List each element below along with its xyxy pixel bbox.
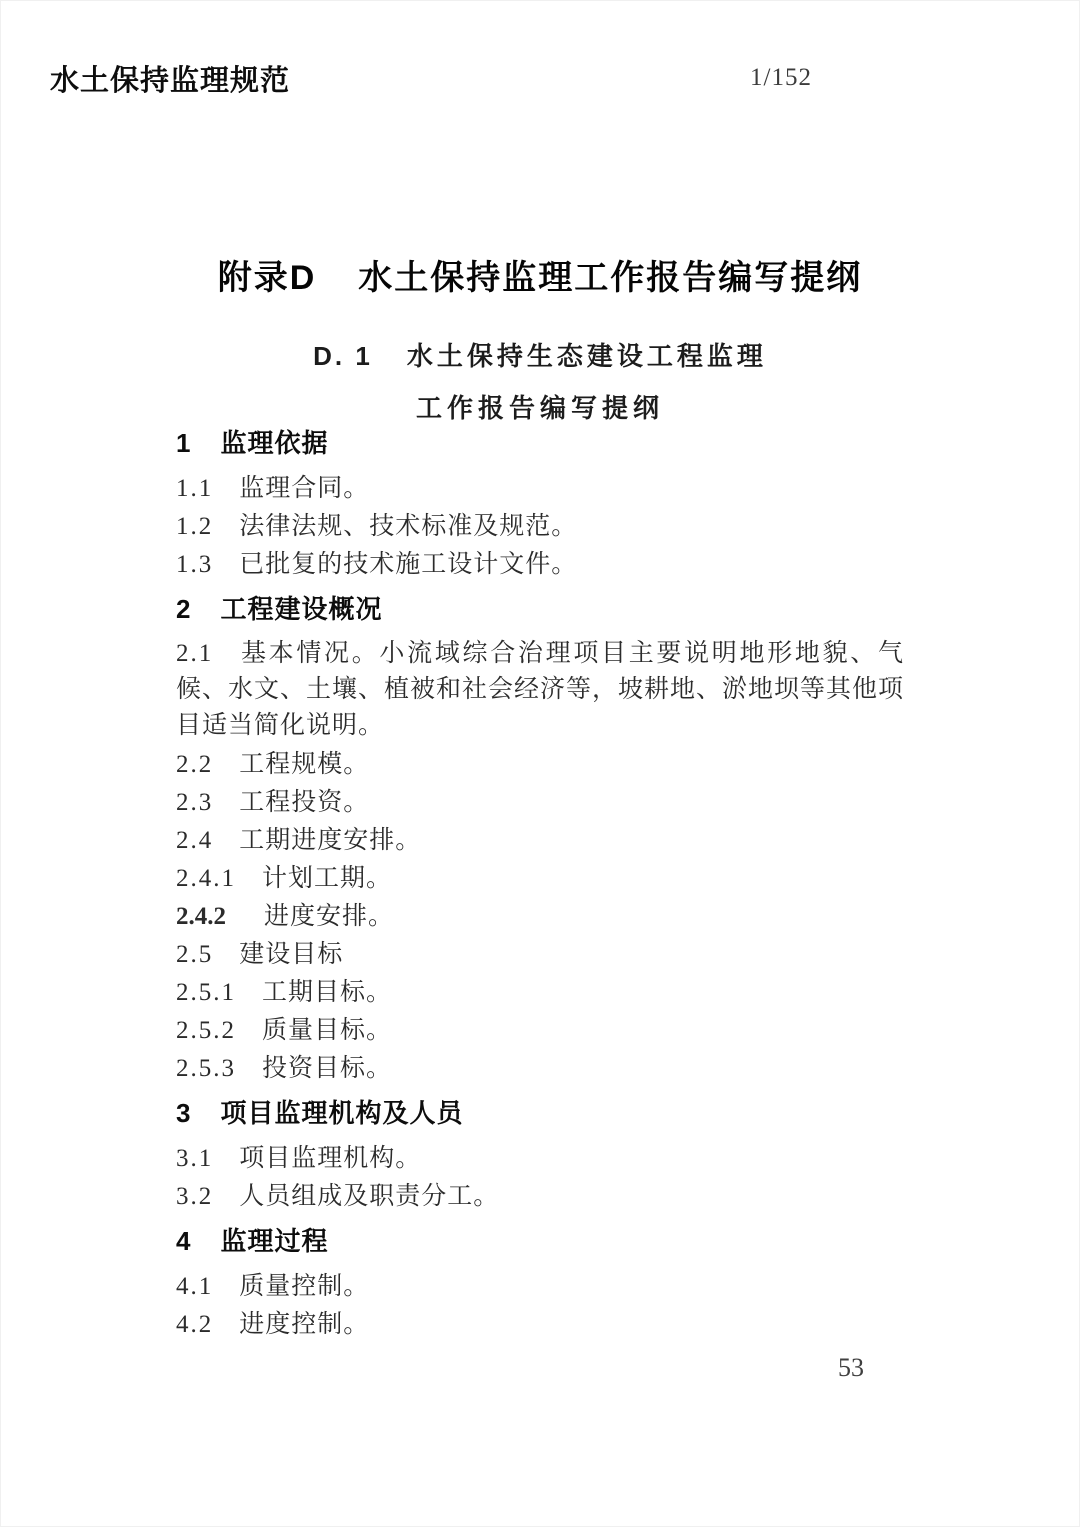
header-doc-title: 水土保持监理规范 [50, 58, 290, 99]
outline-item-number: 2.3 [176, 789, 213, 816]
outline-item-text: 投资目标。 [262, 1055, 392, 1082]
outline-item-text: 项目监理机构及人员 [220, 1098, 463, 1128]
outline-item-number: 3.2 [176, 1183, 213, 1210]
outline-item-text: 已批复的技术施工设计文件。 [239, 551, 577, 578]
outline-row: 3.1项目监理机构。 [176, 1140, 904, 1178]
outline-row: 2.4.2进度安排。 [176, 898, 904, 936]
outline-item-number: 4 [176, 1226, 190, 1256]
outline-item-text: 工期目标。 [262, 979, 392, 1006]
footer-page-number: 53 [838, 1353, 864, 1383]
outline-item-text: 计划工期。 [262, 865, 392, 892]
appendix-title: 附录D 水土保持监理工作报告编写提纲 [0, 250, 1080, 299]
outline-row: 4监理过程 [176, 1222, 904, 1260]
outline-item-text: 项目监理机构。 [239, 1145, 421, 1172]
outline-item-text: 基本情况。小流域综合治理项目主要说明地形地貌、气候、水文、土壤、植被和社会经济等… [176, 640, 904, 739]
outline-item-number: 2.1 [176, 640, 213, 667]
outline-row: 2.5建设目标 [176, 936, 904, 974]
outline-item-text: 监理依据 [220, 428, 328, 458]
outline-item-number: 2.2 [176, 751, 213, 778]
header-page-indicator: 1/152 [750, 64, 812, 92]
outline-row: 2.4工期进度安排。 [176, 822, 904, 860]
appendix-title-prefix: 附录D [218, 250, 317, 299]
outline-item-number: 2.5.2 [176, 1017, 236, 1044]
outline-row: 4.1质量控制。 [176, 1268, 904, 1306]
outline-row: 2.3工程投资。 [176, 784, 904, 822]
outline-row: 2.5.1工期目标。 [176, 974, 904, 1012]
outline-item-text: 监理过程 [220, 1226, 328, 1256]
outline-item-number: 1.3 [176, 551, 213, 578]
outline-item-number: 4.1 [176, 1273, 213, 1300]
outline-item-text: 法律法规、技术标准及规范。 [239, 513, 577, 540]
outline-row: 2工程建设概况 [176, 590, 904, 628]
outline-row: 2.5.2质量目标。 [176, 1012, 904, 1050]
outline-item-number: 2.5 [176, 941, 213, 968]
outline-row: 3项目监理机构及人员 [176, 1094, 904, 1132]
outline-row: 1监理依据 [176, 424, 904, 462]
document-page: 水土保持监理规范 1/152 附录D 水土保持监理工作报告编写提纲 D. 1 水… [0, 0, 1080, 1527]
outline-item-number: 4.2 [176, 1311, 213, 1338]
outline-item-number: 2.5.1 [176, 979, 236, 1006]
appendix-subtitle-line1: D. 1 水土保持生态建设工程监理 [0, 336, 1080, 373]
outline-item-number: 2 [176, 594, 190, 624]
outline-item-number: 2.4.1 [176, 865, 236, 892]
outline-row: 4.2进度控制。 [176, 1306, 904, 1344]
appendix-title-text: 水土保持监理工作报告编写提纲 [358, 250, 862, 299]
appendix-subtitle-text: 水土保持生态建设工程监理 [407, 336, 767, 373]
outline-item-number: 1 [176, 428, 190, 458]
outline-item-number: 3 [176, 1098, 190, 1128]
outline-item-number: 2.4 [176, 827, 213, 854]
outline-row: 2.5.3投资目标。 [176, 1050, 904, 1088]
outline-row: 1.3已批复的技术施工设计文件。 [176, 546, 904, 584]
outline-item-text: 工期进度安排。 [239, 827, 421, 854]
outline-item-number: 1.1 [176, 475, 213, 502]
outline-row: 1.2法律法规、技术标准及规范。 [176, 508, 904, 546]
outline-item-text: 质量控制。 [239, 1273, 369, 1300]
outline-item-text: 进度安排。 [264, 903, 394, 930]
outline-item-text: 人员组成及职责分工。 [239, 1183, 499, 1210]
outline-item-number: 1.2 [176, 513, 213, 540]
outline-item-text: 建设目标 [239, 941, 343, 968]
outline-item-text: 工程投资。 [239, 789, 369, 816]
outline-row: 2.2工程规模。 [176, 746, 904, 784]
outline-row: 3.2人员组成及职责分工。 [176, 1178, 904, 1216]
appendix-subtitle-number: D. 1 [313, 341, 373, 372]
outline-row: 1.1监理合同。 [176, 470, 904, 508]
outline-item-number: 2.5.3 [176, 1055, 236, 1082]
outline-item-number: 2.4.2 [176, 903, 226, 930]
outline-item-text: 进度控制。 [239, 1311, 369, 1338]
outline-row: 2.1基本情况。小流域综合治理项目主要说明地形地貌、气候、水文、土壤、植被和社会… [176, 636, 904, 744]
outline-list: 1监理依据 1.1监理合同。 1.2法律法规、技术标准及规范。 1.3已批复的技… [176, 418, 904, 1344]
outline-row: 2.4.1计划工期。 [176, 860, 904, 898]
outline-item-number: 3.1 [176, 1145, 213, 1172]
outline-item-text: 工程规模。 [239, 751, 369, 778]
outline-item-text: 质量目标。 [262, 1017, 392, 1044]
outline-item-text: 监理合同。 [239, 475, 369, 502]
outline-item-text: 工程建设概况 [220, 594, 382, 624]
